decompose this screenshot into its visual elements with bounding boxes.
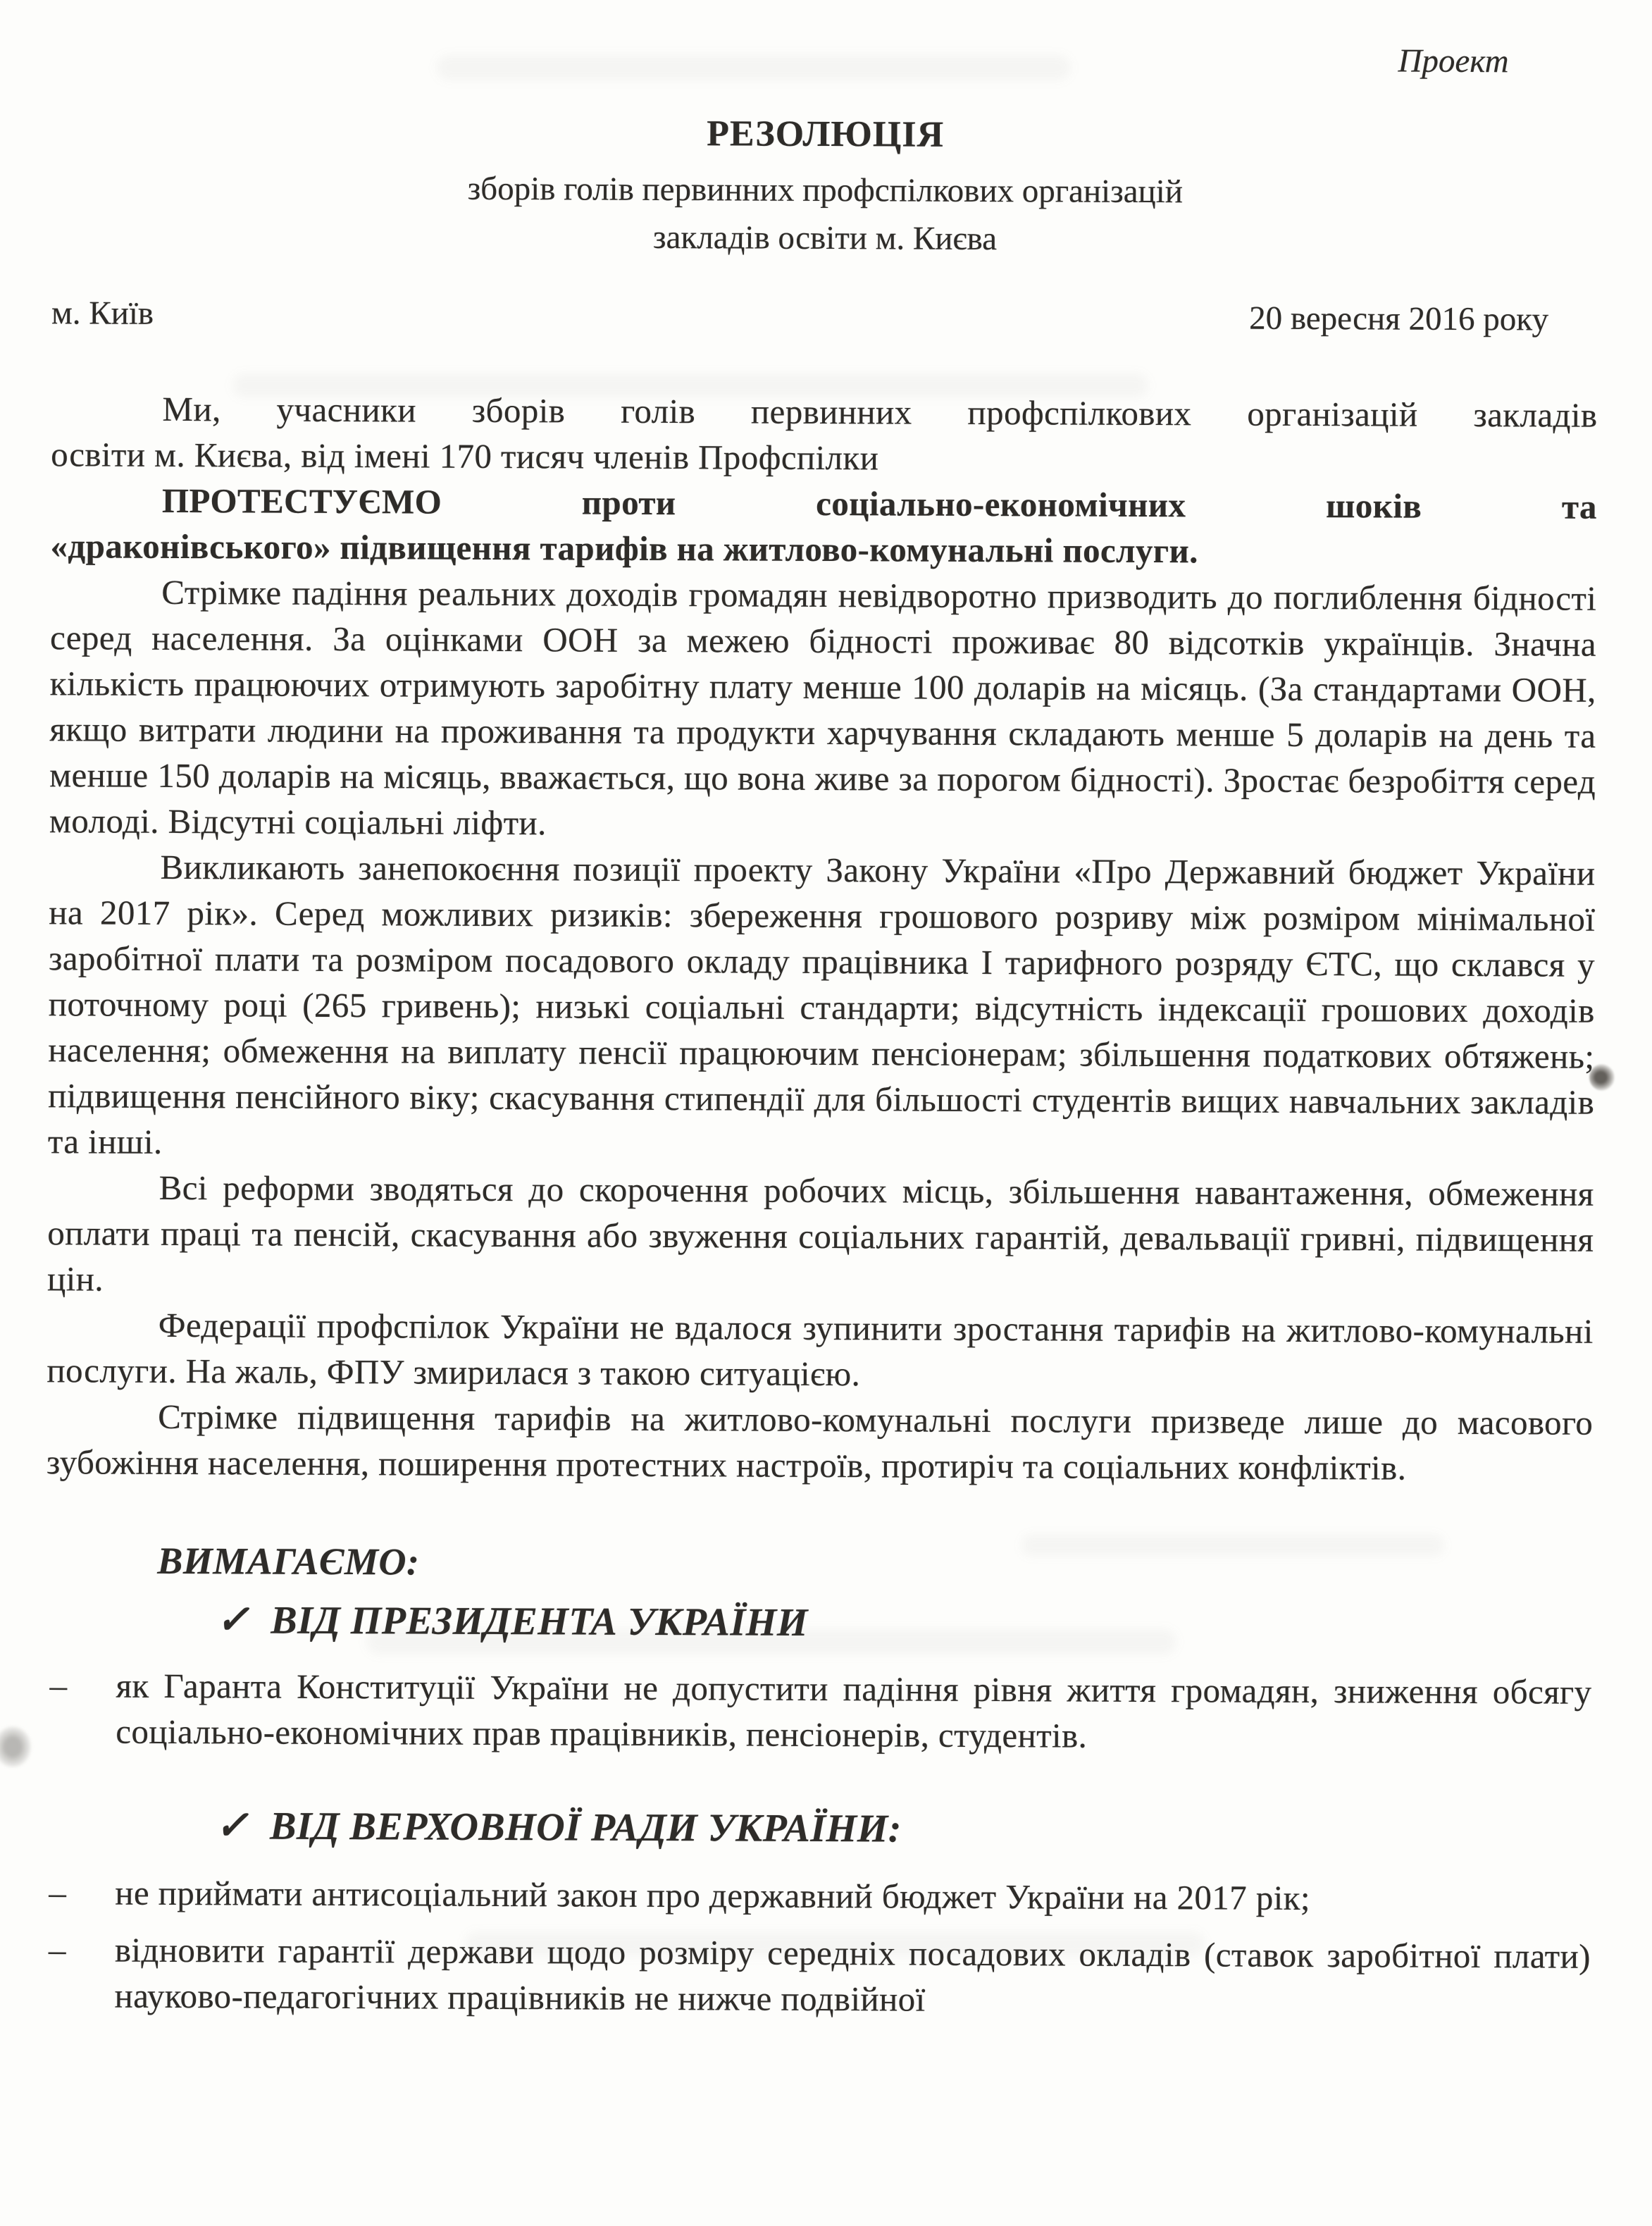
- list-item-text: відновити гарантії держави щодо розміру …: [115, 1931, 1591, 2019]
- document-subtitle-line2: закладів освіти м. Києва: [51, 211, 1598, 266]
- check-icon: ✓: [216, 1593, 250, 1647]
- paragraph-budget-risks: Викликають занепокоєння позиції проекту …: [48, 843, 1596, 1171]
- section-title: ВІД ВЕРХОВНОЇ РАДИ УКРАЇНИ:: [270, 1805, 902, 1851]
- paragraph-line: «драконівського» підвищення тарифів на ж…: [50, 523, 1596, 576]
- paragraph-intro: Ми, учасники зборів голів первинних проф…: [51, 385, 1598, 484]
- list-item: – не приймати антисоціальний закон про д…: [44, 1869, 1591, 1922]
- list-item-dash: –: [49, 1869, 66, 1915]
- list-item-text: не приймати антисоціальний закон про дер…: [115, 1874, 1310, 1917]
- list-item-dash: –: [49, 1662, 67, 1708]
- document-content: Проект РЕЗОЛЮЦІЯ зборів голів первинних …: [0, 0, 1652, 2036]
- place-label: м. Київ: [51, 294, 154, 333]
- draft-label: Проект: [53, 36, 1599, 81]
- paragraph-protest: ПРОТЕСТУЄМО проти соціально-економічних …: [50, 477, 1597, 576]
- paragraph-tariffs: Стрімке підвищення тарифів на житлово-ко…: [46, 1393, 1594, 1492]
- paragraph-line: освіти м. Києва, від імені 170 тисяч чле…: [51, 431, 1597, 484]
- paragraph-line: Ми, учасники зборів голів первинних проф…: [51, 385, 1597, 438]
- document-page: Проект РЕЗОЛЮЦІЯ зборів голів первинних …: [0, 0, 1652, 2226]
- ink-spot: [1589, 1064, 1615, 1091]
- paragraph-poverty: Стрімке падіння реальних доходів громадя…: [49, 569, 1597, 851]
- date-label: 20 вересня 2016 року: [1249, 299, 1598, 339]
- section-title: ВІД ПРЕЗИДЕНТА УКРАЇНИ: [271, 1599, 808, 1645]
- list-item: – відновити гарантії держави щодо розмір…: [44, 1927, 1591, 2025]
- section-heading-parliament: ✓ВІД ВЕРХОВНОЇ РАДИ УКРАЇНИ:: [45, 1798, 1591, 1860]
- section-heading-president: ✓ВІД ПРЕЗИДЕНТА УКРАЇНИ: [46, 1592, 1592, 1654]
- paragraph-reforms: Всі реформи зводяться до скорочення робо…: [47, 1164, 1594, 1309]
- check-icon: ✓: [216, 1798, 249, 1853]
- list-item: – як Гаранта Конституції України не допу…: [45, 1662, 1592, 1761]
- demands-heading: ВИМАГАЄМО:: [46, 1535, 1592, 1592]
- paragraph-line: ПРОТЕСТУЄМО проти соціально-економічних …: [51, 477, 1597, 530]
- list-item-dash: –: [49, 1927, 66, 1972]
- place-date-row: м. Київ 20 вересня 2016 року: [51, 294, 1598, 339]
- document-title: РЕЗОЛЮЦІЯ: [52, 111, 1598, 159]
- document-subtitle-line1: зборів голів первинних профспілкових орг…: [52, 163, 1598, 218]
- paragraph-fpu: Федерації профспілок України не вдалося …: [46, 1301, 1594, 1400]
- list-item-text: як Гаранта Конституції України не допуст…: [116, 1667, 1592, 1755]
